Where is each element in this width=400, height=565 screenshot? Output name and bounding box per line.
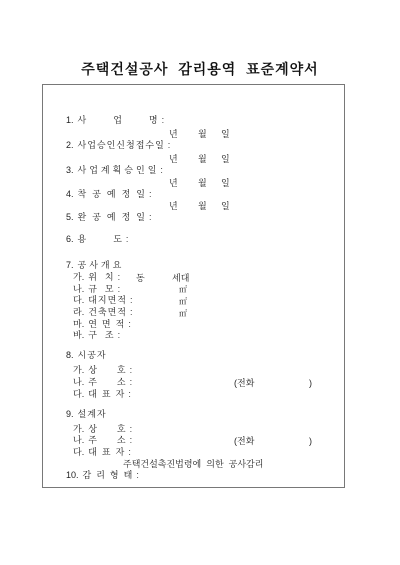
form-subitem-designer-company: 가.상호:: [43, 413, 344, 424]
form-subitem-location: 가.위치:: [43, 261, 344, 272]
year-placeholder: 년: [169, 178, 178, 189]
subitem-label: 대표자: [88, 447, 129, 457]
form-item-constructor: 8.시공자: [43, 339, 344, 350]
day-placeholder: 일: [221, 178, 230, 189]
month-placeholder: 월: [198, 178, 207, 189]
day-placeholder: 일: [221, 201, 230, 212]
year-placeholder: 년: [169, 129, 178, 140]
form-subitem-building-area: 라.건축면적: ㎡: [43, 296, 344, 307]
form-subitem-site-area: 다.대지면적: ㎡: [43, 284, 344, 295]
item-label: 착공예정일: [78, 189, 151, 199]
form-subitem-total-floor-area: 마.연면적: ㎡: [43, 308, 344, 319]
phone-field-close: ): [309, 436, 312, 447]
square-meter-unit: ㎡: [179, 308, 187, 319]
subitem-number: 다.: [73, 447, 84, 458]
item-label: 사업명: [78, 115, 185, 125]
form-item-usage: 6.용도:: [43, 223, 344, 234]
unit-household-placeholder: 세대: [172, 273, 189, 284]
item-number: 1.: [66, 115, 74, 126]
form-item-designer: 9.설계자: [43, 398, 344, 409]
item-number: 4.: [66, 189, 74, 200]
month-placeholder: 월: [198, 201, 207, 212]
item-number: 10.: [66, 470, 79, 481]
item-label: 감리형태: [83, 470, 138, 480]
phone-field-open: (전화: [234, 436, 254, 447]
item-number: 2.: [66, 140, 74, 151]
phone-field-open: (전화: [234, 378, 254, 389]
day-placeholder: 일: [221, 129, 230, 140]
item-label: 사업승인신청접수일: [78, 140, 165, 150]
form-item-supervision-type: 10.감리형태: 주택건설촉진법령에 의한 공사감리: [43, 459, 344, 470]
colon: :: [160, 165, 163, 175]
unit-building-placeholder: 동: [136, 273, 145, 284]
item-number: 6.: [66, 234, 74, 245]
year-placeholder: 년: [169, 201, 178, 212]
form-item-plan-approval-date: 3.사업계획승인일: 년 월 일: [43, 154, 344, 165]
colon: :: [168, 140, 171, 150]
day-placeholder: 일: [221, 154, 230, 165]
month-placeholder: 월: [198, 154, 207, 165]
form-subitem-designer-representative: 다.대표자: (전화 ): [43, 436, 344, 447]
item-number: 5.: [66, 212, 74, 223]
form-item-approval-application-date: 2.사업승인신청접수일: 년 월 일: [43, 129, 344, 140]
form-item-construction-overview: 7.공사개요: [43, 249, 344, 260]
month-placeholder: 월: [198, 129, 207, 140]
form-subitem-constructor-address: 나.주소:: [43, 366, 344, 377]
form-subitem-constructor-representative: 다.대표자: (전화 ): [43, 378, 344, 389]
item-label: 사업계획승인일: [78, 165, 160, 175]
square-meter-unit: ㎡: [179, 284, 187, 295]
document-title: 주택건설공사 감리용역 표준계약서: [0, 59, 400, 79]
contract-summary-box: 1.사업명: 2.사업승인신청접수일: 년 월 일 3.사업계획승인일: 년 월…: [42, 84, 345, 488]
form-subitem-constructor-company: 가.상호:: [43, 354, 344, 365]
form-subitem-designer-address: 나.주소:: [43, 424, 344, 435]
form-item-completion-date: 5.완공예정일: 년 월 일: [43, 201, 344, 212]
colon: :: [162, 115, 165, 125]
colon: :: [149, 189, 152, 199]
form-item-construction-start-date: 4.착공예정일: 년 월 일: [43, 178, 344, 189]
item-label: 용도: [78, 234, 149, 244]
colon: :: [149, 212, 152, 222]
contract-document-page: 주택건설공사 감리용역 표준계약서 1.사업명: 2.사업승인신청접수일: 년 …: [0, 0, 400, 565]
form-subitem-scale: 나.규모: 동 세대: [43, 273, 344, 284]
supervision-type-value: 주택건설촉진법령에 의한 공사감리: [123, 459, 263, 470]
year-placeholder: 년: [169, 154, 178, 165]
item-label: 완공예정일: [78, 212, 151, 222]
square-meter-unit: ㎡: [179, 296, 187, 307]
colon: :: [128, 447, 131, 457]
phone-field-close: ): [309, 378, 312, 389]
item-number: 3.: [66, 165, 74, 176]
colon: :: [136, 470, 139, 480]
form-subitem-structure: 바.구조:: [43, 319, 344, 330]
form-item-project-name: 1.사업명:: [43, 104, 344, 115]
